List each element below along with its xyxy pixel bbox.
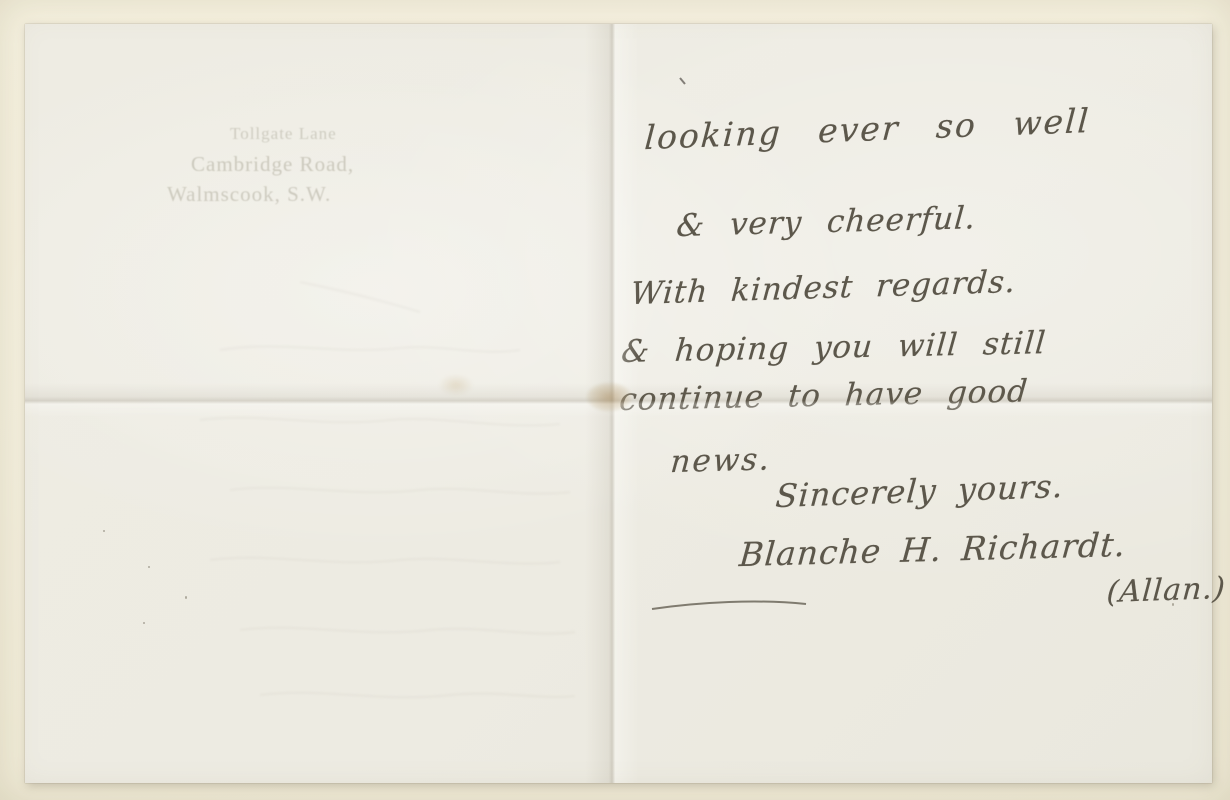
paper-speck — [148, 566, 150, 568]
ghost-letterhead-line-1: Tollgate Lane — [230, 124, 337, 144]
signature-line: Blanche H. Richardt. — [738, 525, 1128, 574]
handwriting-line-6: news. — [669, 441, 772, 480]
closing-line: Sincerely yours. — [774, 467, 1065, 515]
ghost-letterhead-line-3: Walmscook, S.W. — [167, 182, 331, 207]
photo-background: Tollgate Lane Cambridge Road, Walmscook,… — [0, 0, 1230, 800]
handwriting-line-3: With kindest regards. — [629, 264, 1017, 312]
signature-note-line: (Allan.) — [1106, 571, 1227, 610]
paper-speck — [185, 596, 187, 599]
handwriting-line-4: & hoping you will still — [620, 325, 1048, 370]
ghost-letterhead-line-2: Cambridge Road, — [191, 152, 354, 177]
handwriting-line-1: looking ever so well — [643, 101, 1091, 157]
handwriting-line-5: continue to have good — [618, 373, 1030, 418]
paper-speck — [143, 622, 145, 624]
letter-sheet: Tollgate Lane Cambridge Road, Walmscook,… — [25, 24, 1212, 783]
paper-speck — [103, 530, 105, 532]
handwriting-line-2: & very cheerful. — [675, 200, 977, 244]
